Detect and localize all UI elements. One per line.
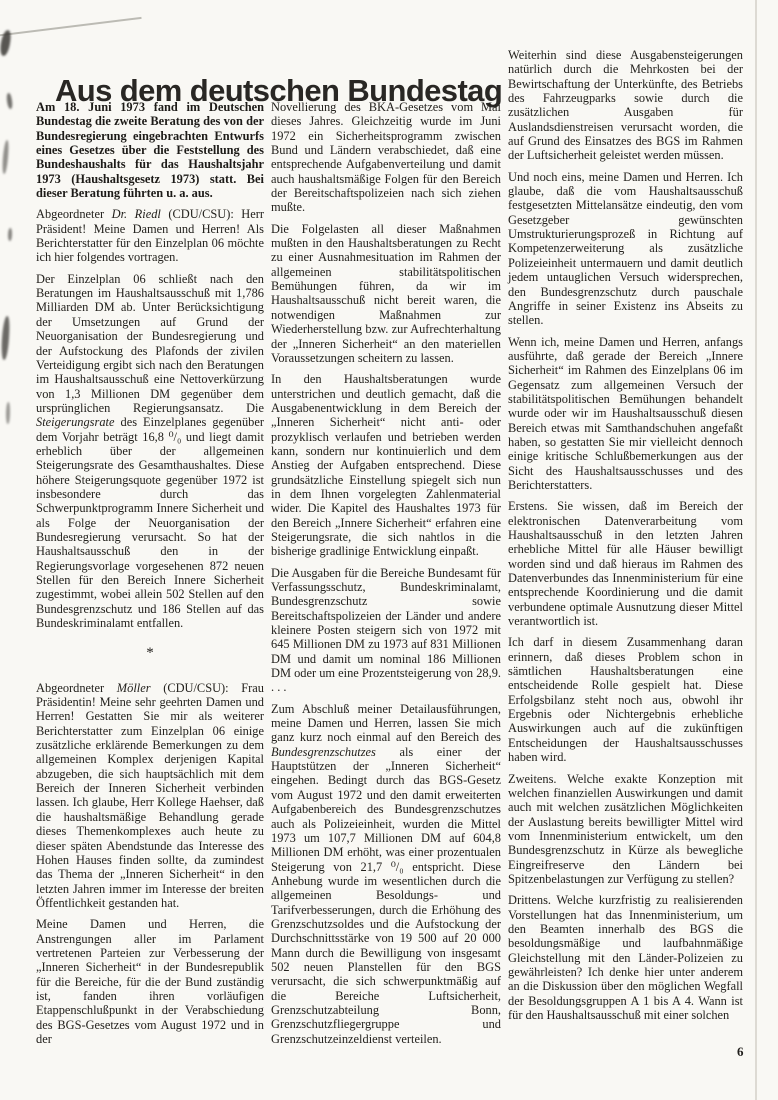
text-segment: Erstens. Sie wissen, daß im Bereich der … [508, 499, 743, 628]
scan-smudge [0, 30, 12, 57]
text-segment: Und noch eins, meine Damen und Herren. I… [508, 170, 743, 327]
paragraph: Drittens. Welche kurzfristig zu realisie… [508, 893, 743, 1022]
paragraph: Und noch eins, meine Damen und Herren. I… [508, 170, 743, 328]
scan-edge-line [0, 17, 142, 37]
paragraph: Meine Damen und Herren, die Anstrengunge… [36, 917, 264, 1046]
paragraph: Am 18. Juni 1973 fand im Deutschen Bunde… [36, 100, 264, 200]
text-segment: Zweitens. Welche exakte Konzeption mit w… [508, 772, 743, 886]
text-segment: Wenn ich, meine Damen und Herren, anfang… [508, 335, 743, 492]
document-page: Aus dem deutschen Bundestag Am 18. Juni … [0, 0, 778, 1100]
section-separator-star: * [36, 646, 264, 660]
text-segment: Möller [117, 681, 151, 695]
text-segment: Der Einzelplan 06 schließt nach den Bera… [36, 272, 264, 415]
paragraph: Weiterhin sind diese Ausgabensteigerunge… [508, 48, 743, 163]
scan-smudge [2, 140, 9, 174]
text-segment: des Einzelplanes gegenüber dem Vorjahr b… [36, 415, 264, 630]
text-segment: Die Folgelasten all dieser Maßnahmen muß… [271, 222, 501, 365]
paragraph: Abgeordneter Möller (CDU/CSU): Frau Präs… [36, 681, 264, 911]
text-segment: als einer der Hauptstützen der „Inneren … [271, 745, 501, 1046]
text-segment: In den Haushaltsberatungen wurde unterst… [271, 372, 501, 558]
text-segment: Abgeordneter [36, 681, 117, 695]
paragraph: Wenn ich, meine Damen und Herren, anfang… [508, 335, 743, 493]
text-segment: Ich darf in diesem Zusammenhang daran er… [508, 635, 743, 764]
text-segment: Steigerungsrate [36, 415, 114, 429]
paragraph: Der Einzelplan 06 schließt nach den Bera… [36, 272, 264, 631]
paragraph: Ich darf in diesem Zusammenhang daran er… [508, 635, 743, 764]
scan-smudge [8, 228, 12, 241]
scan-smudge [1, 316, 10, 360]
text-column-3: Weiterhin sind diese Ausgabensteigerunge… [508, 48, 743, 1029]
text-segment: Meine Damen und Herren, die Anstrengunge… [36, 917, 264, 1046]
paragraph: In den Haushaltsberatungen wurde unterst… [271, 372, 501, 558]
paragraph: Erstens. Sie wissen, daß im Bereich der … [508, 499, 743, 628]
paragraph: Novellierung des BKA-Gesetzes vom Mai di… [271, 100, 501, 215]
paragraph: Die Folgelasten all dieser Maßnahmen muß… [271, 222, 501, 365]
text-segment: Novellierung des BKA-Gesetzes vom Mai di… [271, 100, 501, 214]
scan-smudge [6, 93, 14, 110]
text-segment: Die Ausgaben für die Bereiche Bundesamt … [271, 566, 501, 695]
paragraph: Zweitens. Welche exakte Konzeption mit w… [508, 772, 743, 887]
text-segment: Bundesgrenzschutzes [271, 745, 376, 759]
text-segment: Dr. Riedl [112, 207, 161, 221]
scan-smudge [6, 402, 10, 424]
paragraph: Zum Abschluß meiner Detailausführungen, … [271, 702, 501, 1046]
text-column-1: Am 18. Juni 1973 fand im Deutschen Bunde… [36, 100, 264, 1053]
text-column-2: Novellierung des BKA-Gesetzes vom Mai di… [271, 100, 501, 1053]
paragraph: Abgeordneter Dr. Riedl (CDU/CSU): Herr P… [36, 207, 264, 264]
text-segment: Weiterhin sind diese Ausgabensteigerunge… [508, 48, 743, 162]
page-fold-line [755, 0, 757, 1100]
text-segment: Am 18. Juni 1973 fand im Deutschen Bunde… [36, 100, 264, 200]
text-segment: (CDU/CSU): Frau Präsidentin! Meine sehr … [36, 681, 264, 910]
text-segment: Drittens. Welche kurzfristig zu realisie… [508, 893, 743, 1022]
paragraph: Die Ausgaben für die Bereiche Bundesamt … [271, 566, 501, 695]
text-segment: Abgeordneter [36, 207, 112, 221]
page-number: 6 [737, 1044, 744, 1060]
text-segment: Zum Abschluß meiner Detailausführungen, … [271, 702, 501, 745]
